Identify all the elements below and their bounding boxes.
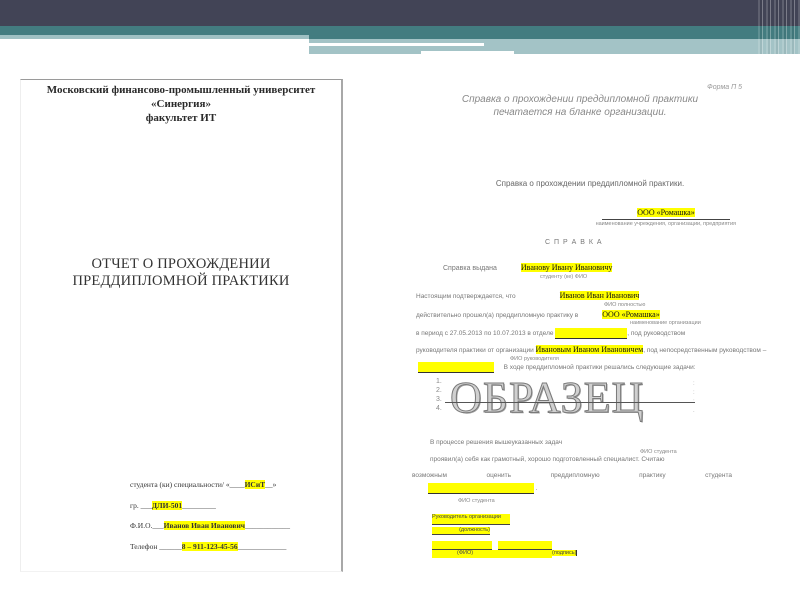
university-name: Московский финансово-промышленный универ… [21,83,341,97]
supervisor-name: Ивановым Иваном Ивановичем [536,345,644,354]
period-row: в период с 27.05.2013 по 10.07.2013 в от… [416,328,685,339]
supervisor-suffix: , под непосредственным руководством – [643,347,766,354]
watermark-line [445,402,695,403]
supervisor-prefix: руководителя практики от организации [416,347,534,354]
certificate-title: Справка о прохождении преддипломной прак… [430,93,730,119]
university-brand: «Синергия» [21,97,341,111]
fio-value: Иванов Иван Иванович [164,521,245,530]
university-header: Московский финансово-промышленный универ… [21,83,341,125]
result-caption: ФИО студента [640,449,677,455]
result-row: В процессе решения вышеуказанных задач [430,439,562,446]
evaluation-row: возможным оценить преддипломную практику… [412,472,732,479]
confirm-row: Настоящим подтверждается, чтоИванов Иван… [416,291,639,300]
report-title-line-2: ПРЕДДИПЛОМНОЙ ПРАКТИКИ [21,273,341,290]
report-title-page: Московский финансово-промышленный универ… [20,79,343,572]
certificate-title-line-2: печатается на бланке организации. [430,106,730,119]
position-label: (должность) [432,527,490,535]
period-label: в период с 27.05.2013 по 10.07.2013 в от… [416,330,553,337]
sample-watermark: ОБРАЗЕЦ [450,374,644,422]
evaluation-field-row: . [428,483,538,494]
header-divider [0,39,309,40]
tasks-row: В ходе преддипломной практики решались с… [418,362,696,373]
confirm-label: Настоящим подтверждается, что [416,293,516,300]
evaluation-field [428,483,534,494]
header-line [309,43,484,46]
task-dots: :::. [693,380,695,416]
certificate-title-line-1: Справка о прохождении преддипломной прак… [430,93,730,106]
header-bar-dark [0,0,800,26]
tasks-label: В ходе преддипломной практики решались с… [504,364,696,371]
issued-to-name: Иванову Ивану Ивановичу [521,263,612,272]
eval-word: возможным [412,472,447,479]
fio-caption: (ФИО) [457,550,473,556]
practice-org: ООО «Ромашка» [602,310,659,319]
evaluation-caption: ФИО студента [458,498,495,504]
signature-block: Руководитель организации (должность) (ФИ… [432,514,582,563]
practice-label: действительно прошел(а) преддипломную пр… [416,312,578,319]
specialty-row: студента (ки) специальности/ «____ИСиТ__… [130,480,290,490]
caption-highlight [432,550,552,558]
task-list: 1. 2. 3. 4. [436,377,442,413]
task-number: 1. [436,377,442,386]
practice-org-caption: наименование организации [630,320,701,326]
certificate-sample: Форма П 5 Справка о прохождении преддипл… [410,80,750,575]
phone-value: 8 – 911-123-45-56 [182,542,238,551]
issued-to-label: Справка выдана [443,265,497,272]
group-row: гр. ___ДЛИ-501_________ [130,501,290,511]
organization-caption: наименование учреждения, организации, пр… [576,221,736,227]
task-number: 3. [436,395,442,404]
confirm-caption: ФИО полностью [604,302,645,308]
department-field [555,328,627,339]
fio-line [432,541,492,550]
report-title-line-1: ОТЧЕТ О ПРОХОЖДЕНИИ [21,256,341,273]
signature-fields: (ФИО) (подпись) [432,541,582,563]
supervisor-row: руководителя практики от организации Ива… [416,345,766,354]
eval-word: практику [639,472,665,479]
eval-word: оценить [487,472,511,479]
eval-word: преддипломную [551,472,600,479]
header-bar-light [309,39,800,54]
task-number: 4. [436,404,442,413]
organization-field: ООО «Ромашка» [602,208,730,220]
task-number: 2. [436,386,442,395]
specialty-value: ИСиТ [245,480,266,489]
fio-row: Ф.И.О.___Иванов Иван Иванович___________… [130,521,290,531]
student-info: студента (ки) специальности/ «____ИСиТ__… [130,480,290,562]
phone-row: Телефон ______8 – 911-123-45-56_________… [130,542,290,552]
issued-to-caption: студенту (ке) ФИО [540,274,587,280]
certificate-heading: С П Р А В К А [545,239,603,246]
header-stripes [758,0,800,54]
practice-row: действительно прошел(а) преддипломную пр… [416,310,660,319]
report-title: ОТЧЕТ О ПРОХОЖДЕНИИ ПРЕДДИПЛОМНОЙ ПРАКТИ… [21,256,341,290]
confirm-name: Иванов Иван Иванович [560,291,640,300]
certificate-subtitle: Справка о прохождении преддипломной прак… [460,179,720,188]
organization-value: ООО «Ромашка» [637,208,694,217]
result-line: проявил(а) себя как грамотный, хорошо по… [430,456,664,463]
issued-to-row: Справка выданаИванову Ивану Ивановичу [443,263,612,272]
supervisor-field [418,362,494,373]
signature-line [498,541,552,550]
period-suffix: , под руководством [627,330,685,337]
group-value: ДЛИ-501 [152,501,182,510]
faculty-name: факультет ИТ [21,111,341,125]
organization-head-label: Руководитель организации [432,514,510,525]
signature-caption: (подпись) [552,550,577,556]
form-number: Форма П 5 [707,84,742,91]
eval-word: студента [705,472,732,479]
header-line-short [421,51,514,54]
